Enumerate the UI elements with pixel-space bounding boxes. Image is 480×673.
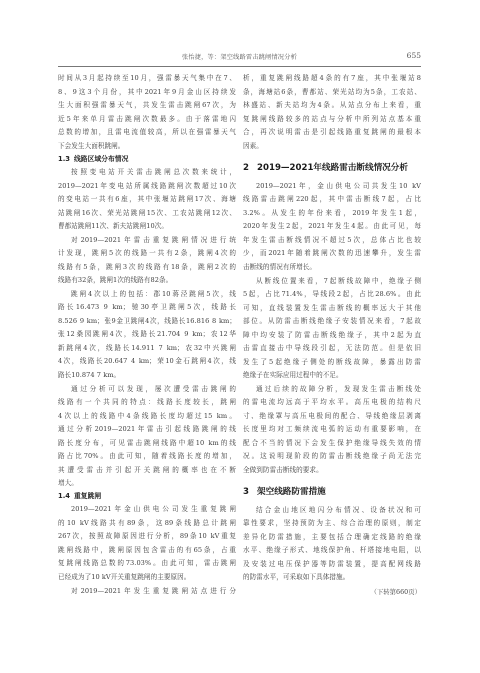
section-title: 架空线路防雷措施 [257, 487, 326, 497]
text-line: 5起，占比71.4%，导线段2起，占比28.6%。由此 [243, 288, 421, 300]
text-line: 站跳闸16次、荣光站跳闸15次、工农站跳闸12次、 [58, 207, 236, 219]
text-line: 的变电站一共有6座，其中张堰站跳闸17次、海塘 [58, 193, 236, 205]
text-line: 2020年发生2起，2021年发生4起。由此可见，每 [243, 220, 421, 232]
text-line: 差异化防雷措施，主要包括合理确定线路的绝缘 [243, 531, 421, 543]
text-line: 可知，直线装置发生雷击断线的概率远大于其他 [243, 302, 421, 314]
text-line: 时间从3月起持续至10月，强雷暴天气集中在7、 [58, 72, 236, 84]
text-line: 线路有5条，跳闸3次的线路有18条，跳闸2次的 [58, 261, 236, 273]
section-heading-1-4: 1.4重复跳闸 [58, 490, 101, 502]
text-line: 2019—2021年，金山供电公司共发生10 kV [243, 180, 421, 192]
text-line: 计发现，跳闸5次的线路一共有2条，跳闸4次的 [58, 247, 236, 259]
text-line: 从断线位置来看，7起断线故障中，绝缘子侧 [243, 275, 421, 287]
text-line: 发生了5起绝缘子侧处的断线故障，暴露出防雷 [243, 356, 421, 368]
text-line: 障中均安装了防雷击断线绝缘子，其中2起为直 [243, 329, 421, 341]
text-line: 析，重复跳闸线路超4条的有7座，其中张堰站8 [243, 72, 421, 84]
text-line: 8.526 9 km；张9金卫跳闸4次，线路长16.816 8 km； [58, 315, 236, 327]
text-line: 的雷电流均远高于平均水平。高压电极的结构尺 [243, 396, 421, 408]
section-heading-2: 22019—2021年线路雷击断线情况分析 [243, 161, 408, 175]
section-number: 3 [243, 485, 257, 499]
text-line: 按照变电站开关雷击跳闸总次数来统计， [58, 166, 236, 178]
text-line: 的防雷水平，可采取如下具体措施。 [243, 571, 421, 583]
text-line: 条，海塘站6条，曹都站、荣光站均为5条，工农站、 [243, 86, 421, 98]
text-line: 生大面积强雷暴天气，共发生雷击跳闸67次，为 [58, 99, 236, 111]
text-line: 通过分析可以发现，屡次遭受雷击跳闸的 [58, 383, 236, 395]
page-number: 655 [407, 51, 421, 60]
text-line: 对2019—2021年雷击重复跳闸情况进行统 [58, 234, 236, 246]
text-line: 跳闸4次以上的包括：郡10蒋泾跳闸5次，线 [58, 288, 236, 300]
continued-note: （下转第660页） [370, 586, 421, 598]
text-line: 2019—2021年金山供电公司发生重复跳闸 [58, 503, 236, 515]
running-title: 张怡捷，等：架空线路雷击跳闸情况分析 [58, 52, 421, 61]
text-line: 击断线的情况有所增长。 [243, 261, 421, 273]
text-line: 绝缘子在实际应用过程中的不足。 [243, 369, 421, 381]
header-rule [58, 66, 421, 67]
text-line: 及安装过电压保护器等防雷装置，提高配网线路 [243, 558, 421, 570]
text-line: 近5年来单月雷击跳闸次数最多。由于落雷地闪 [58, 113, 236, 125]
text-line: 部位。从防雷击断线绝缘子安装情况来看，7起故 [243, 315, 421, 327]
text-line: 对2019—2021年发生重复跳闸站点进行分 [58, 585, 236, 597]
text-line: 年发生雷击断线情况不超过5次，总体占比也较 [243, 234, 421, 246]
text-line: 曹都站跳闸11次、新夫站跳闸10次。 [58, 220, 236, 232]
text-line: 下会发生大面积跳闸。 [58, 140, 236, 152]
section-title: 2019—2021年线路雷击断线情况分析 [257, 163, 408, 173]
text-line: 寸、绝缘罩与高压电极间的配合、导线绝缘层剥离 [243, 410, 421, 422]
text-line: 267次，按照故障原因进行分析，89条10 kV重复 [58, 530, 236, 542]
text-line: 长度里均对工频续流电弧的运动有重要影响，在 [243, 423, 421, 435]
section-number: 2 [243, 161, 257, 175]
text-line: 跳闸线路中，跳闸原因包含雷击的有65条，占重 [58, 544, 236, 556]
text-line: 总数的增加，且雷电流值较高，所以在强雷暴天气 [58, 126, 236, 138]
text-line: 4次以上的线路中4条线路长度均超过15 km。 [58, 410, 236, 422]
section-number: 1.3 [58, 153, 74, 165]
text-line: 其遭受雷击并引起开关跳闸的概率也在不断 [58, 464, 236, 476]
text-line: 张12桑园跳闸4次，线路长21.704 9 km；农12华 [58, 328, 236, 340]
text-line: 因素。 [243, 140, 421, 152]
text-line: 林盛站、新夫站均为4条。从站点分布上来看，重 [243, 99, 421, 111]
text-line: 路长度分布，可见雷击跳闸线路中超10 km的线 [58, 437, 236, 449]
text-line: 通过分析2019—2021年雷击引起线路跳闸的线 [58, 423, 236, 435]
section-title: 重复跳闸 [74, 492, 101, 500]
section-heading-3: 3架空线路防雷措施 [243, 485, 326, 499]
text-line: 新跳闸4次，线路长14.911 7 km；农32中兴跳闸 [58, 342, 236, 354]
text-line: 2019—2021年变电站所属线路跳闸次数超过10次 [58, 180, 236, 192]
text-line: 全做到防雷击断线的要求。 [243, 464, 421, 476]
text-line: 3.2%。从发生的年份来看，2019年发生1起， [243, 207, 421, 219]
text-line: 线路雷击跳闸220起，其中雷击断线7起，占比 [243, 193, 421, 205]
text-line: 通过后续的故障分析，发现发生雷击断线处 [243, 383, 421, 395]
text-line: 水平、绝缘子形式、地线保护角、杆塔接地电阻，以 [243, 544, 421, 556]
text-line: 路长16.473 9 km；驰30亭卫跳闸5次，线路长 [58, 301, 236, 313]
text-line: 的10 kV线路共有89条，这89条线路总计跳闸 [58, 517, 236, 529]
section-number: 1.4 [58, 490, 74, 502]
text-line: 复跳闸线路较多的站点与分析中所列站点基本重 [243, 113, 421, 125]
text-line: 增大。 [58, 477, 236, 489]
text-line: 况。这说明现阶段的防雷击断线绝缘子尚无法完 [243, 450, 421, 462]
text-line: 已经成为了10 kV开关重复跳闸的主要原因。 [58, 571, 236, 583]
text-line: 4次，线路长20.647 4 km；荣10金石跳闸4次，线 [58, 355, 236, 367]
text-line: 路长10.874 7 km。 [58, 369, 236, 381]
text-line: 结合金山地区地闪分布情况、设备状况和可 [243, 504, 421, 516]
section-title: 线路区域分布情况 [74, 155, 128, 163]
text-line: 复跳闸线路总数的73.03%。由此可知，雷击跳闸 [58, 557, 236, 569]
text-line: 击雷直接击中导线段引起，无法防范。但是依旧 [243, 342, 421, 354]
text-line: 路占比70%。由此可知，随着线路长度的增加， [58, 450, 236, 462]
text-line: 合，再次说明雷击是引起线路重复跳闸的最根本 [243, 126, 421, 138]
text-line: 线路有32条，跳闸1次的线路有82条。 [58, 274, 236, 286]
section-heading-1-3: 1.3线路区域分布情况 [58, 153, 128, 165]
paper-page: 张怡捷，等：架空线路雷击跳闸情况分析 655 时间从3月起持续至10月，强雷暴天… [0, 0, 480, 673]
text-line: 线路有一个共同的特点：线路长度较长，跳闸 [58, 396, 236, 408]
text-line: 8、9这3个月份，其中2021年9月金山区持续发 [58, 86, 236, 98]
text-line: 靠性要求，坚持预防为主、综合治理的原则，制定 [243, 517, 421, 529]
text-line: 少，而2021年随着跳闸次数的迅速攀升，发生雷 [243, 247, 421, 259]
text-line: 配合不当的情况下会发生保护绝缘导线失效的情 [243, 437, 421, 449]
